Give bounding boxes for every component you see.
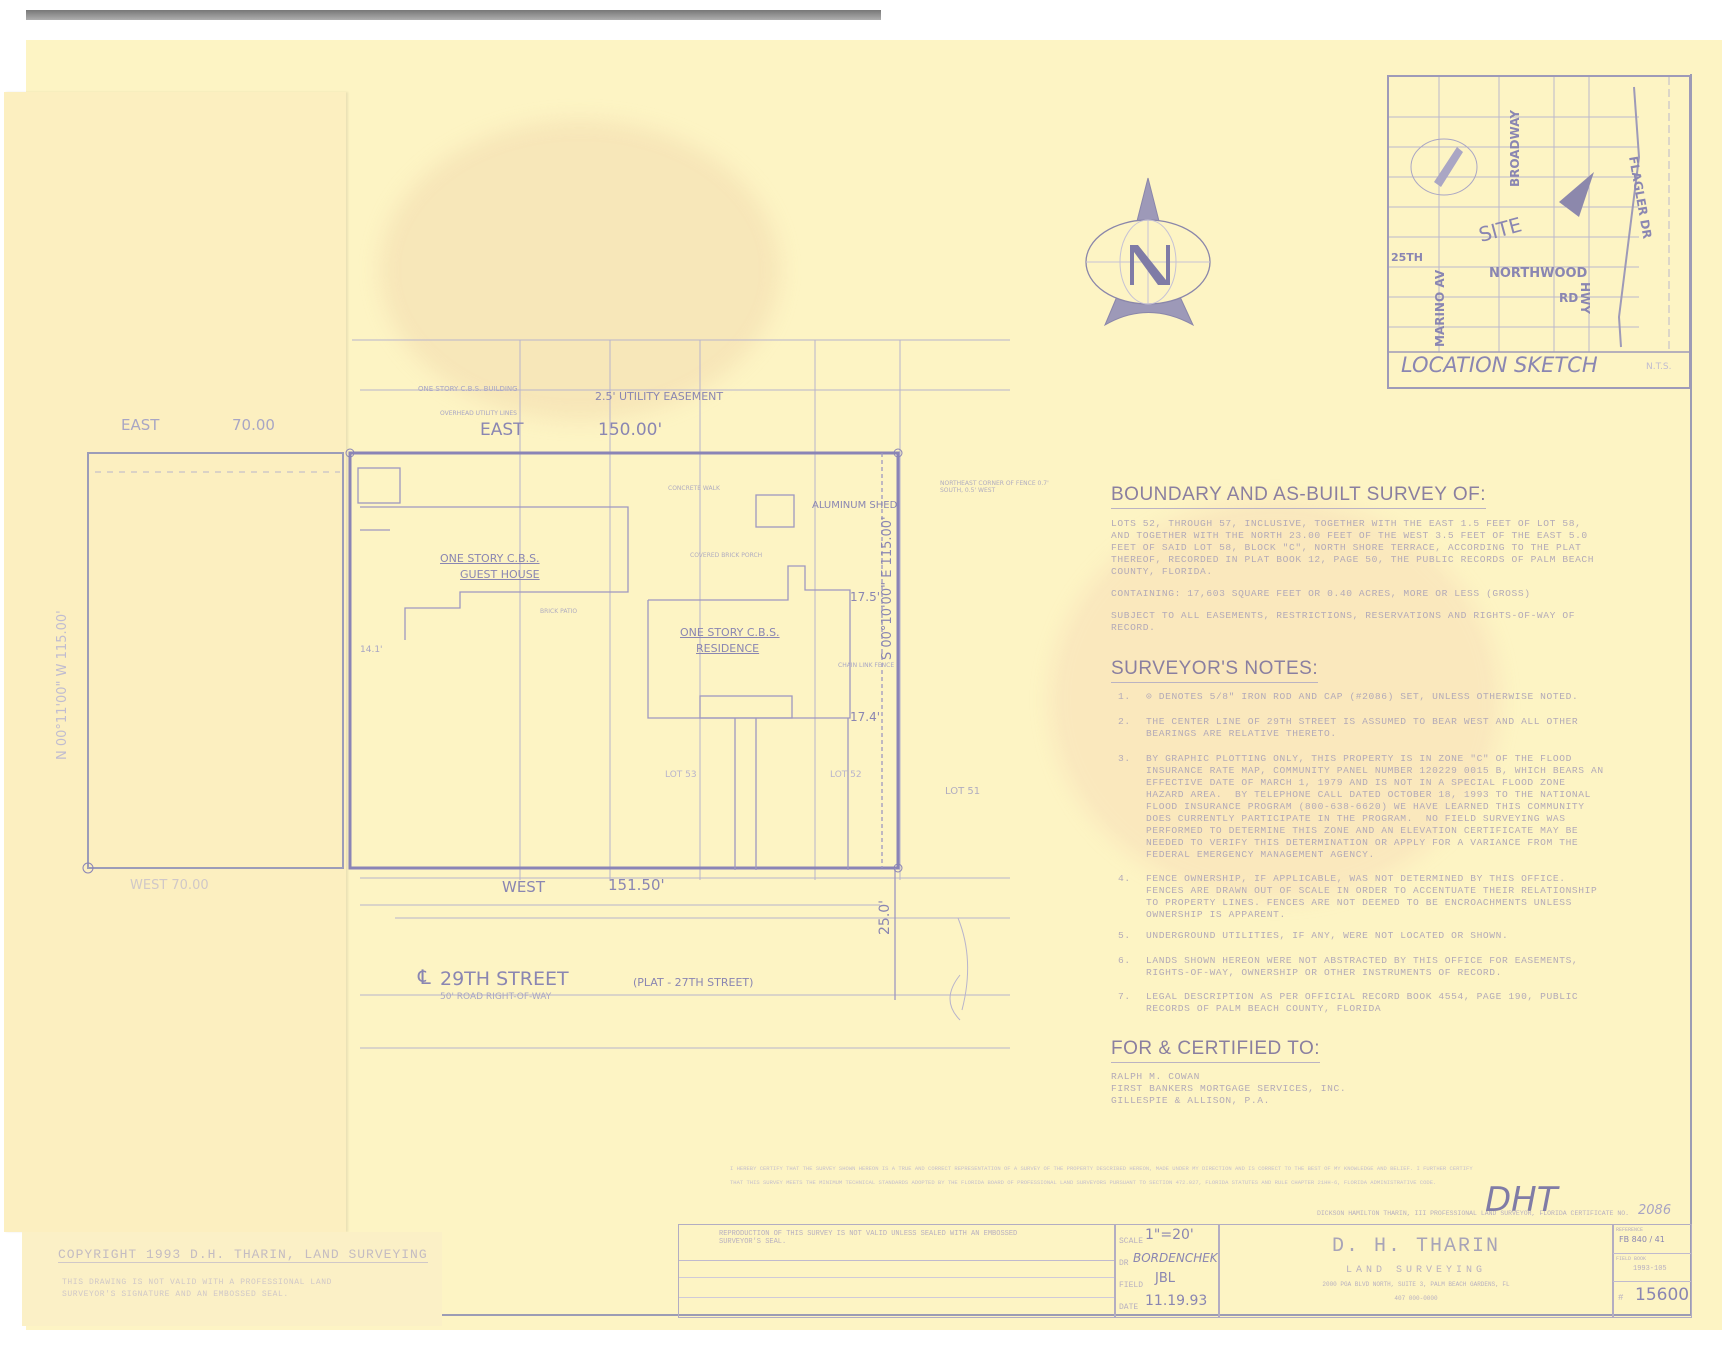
one-story-building-label: ONE STORY C.B.S. BUILDING xyxy=(418,385,518,393)
aluminum-shed-label: ALUMINUM SHED xyxy=(812,500,897,511)
dim-17-4: 17.4' xyxy=(850,710,880,724)
utility-easement-label: 2.5' UTILITY EASEMENT xyxy=(595,390,723,403)
lot-52-label: LOT 52 xyxy=(830,770,862,780)
drawn-by-value: BORDENCHEK xyxy=(1133,1251,1218,1265)
svg-text:HWY: HWY xyxy=(1578,282,1592,314)
concrete-walk-label: CONCRETE WALK xyxy=(668,485,720,492)
street-plat-label: (PLAT - 27TH STREET) xyxy=(633,976,753,989)
surveyor-signature: DHT xyxy=(1485,1180,1558,1220)
plan-adjacent-west: WEST 70.00 xyxy=(130,878,209,893)
guest-house-label-1: ONE STORY C.B.S. xyxy=(440,552,540,565)
note-7-text: LEGAL DESCRIPTION AS PER OFFICIAL RECORD… xyxy=(1146,991,1578,1015)
field-book-value: 1993-105 xyxy=(1633,1265,1667,1273)
svg-text:MARINO AV: MARINO AV xyxy=(1433,269,1447,347)
site-label: SITE xyxy=(1476,212,1524,246)
title-block-scale: SCALE 1"=20' DR BORDENCHEK FIELD JBL DAT… xyxy=(1114,1224,1220,1318)
boundary-survey-heading: BOUNDARY AND AS-BUILT SURVEY OF: xyxy=(1111,484,1486,509)
note-1-text: ⊙ DENOTES 5/8" IRON ROD AND CAP (#2086) … xyxy=(1146,691,1578,703)
lot-53-label: LOT 53 xyxy=(665,770,697,780)
note-3: 3. xyxy=(1118,753,1146,765)
certification-text-2: THAT THIS SURVEY MEETS THE MINIMUM TECHN… xyxy=(730,1179,1436,1186)
signature-line: DICKSON HAMILTON THARIN, III PROFESSIONA… xyxy=(1317,1210,1629,1217)
location-sketch-scale: N.T.S. xyxy=(1646,362,1671,372)
certified-party-3: GILLESPIE & ALLISON, P.A. xyxy=(1111,1095,1270,1107)
centerline-symbol: ℄ xyxy=(418,965,431,989)
title-block-notes: REPRODUCTION OF THIS SURVEY IS NOT VALID… xyxy=(678,1224,1116,1318)
plan-adjacent-east-distance: 70.00 xyxy=(232,416,275,434)
note-7: 7. xyxy=(1118,991,1146,1003)
lot-51-label: LOT 51 xyxy=(945,786,980,797)
brick-patio-label: BRICK PATIO xyxy=(540,608,577,615)
legal-description: LOTS 52, THROUGH 57, INCLUSIVE, TOGETHER… xyxy=(1111,518,1594,578)
firm-subtitle: LAND SURVEYING xyxy=(1219,1265,1613,1276)
row-width-label: 25.0' xyxy=(877,900,893,935)
note-4: 4. xyxy=(1118,873,1146,885)
plan-east-label: EAST xyxy=(480,420,524,440)
copyright-note: THIS DRAWING IS NOT VALID WITH A PROFESS… xyxy=(62,1277,332,1301)
surveyor-notes-heading: SURVEYOR'S NOTES: xyxy=(1111,658,1318,683)
note-6-text: LANDS SHOWN HEREON WERE NOT ABSTRACTED B… xyxy=(1146,955,1578,979)
note-2: 2. xyxy=(1118,716,1146,728)
west-bearing-label: N 00°11'00" W 115.00' xyxy=(55,610,70,760)
northeast-fence-note: NORTHEAST CORNER OF FENCE 0.7' SOUTH, 0.… xyxy=(940,480,1050,494)
svg-text:RD: RD xyxy=(1559,291,1578,305)
firm-name: D. H. THARIN xyxy=(1219,1235,1613,1258)
field-value: JBL xyxy=(1155,1271,1175,1286)
location-sketch: SITE NORTHWOOD 25TH RD BROADWAY FLAGLER … xyxy=(1387,75,1691,389)
overhead-lines-label: OVERHEAD UTILITY LINES xyxy=(440,410,517,417)
residence-label-2: RESIDENCE xyxy=(696,642,759,655)
certified-to-heading: FOR & CERTIFIED TO: xyxy=(1111,1038,1320,1063)
note-3-text: BY GRAPHIC PLOTTING ONLY, THIS PROPERTY … xyxy=(1146,753,1604,861)
note-2-text: THE CENTER LINE OF 29TH STREET IS ASSUME… xyxy=(1146,716,1578,740)
firm-address: 2000 PGA BLVD NORTH, SUITE 3, PALM BEACH… xyxy=(1219,1281,1613,1288)
chain-link-fence-label: CHAIN LINK FENCE xyxy=(838,662,894,669)
title-block-firm: D. H. THARIN LAND SURVEYING 2000 PGA BLV… xyxy=(1218,1224,1614,1318)
title-block-references: REFERENCE FB 840 / 41 FIELD BOOK 1993-10… xyxy=(1612,1224,1692,1318)
plan-east-distance: 150.00' xyxy=(598,420,662,440)
street-name-label: 29TH STREET xyxy=(440,968,569,990)
guest-house-label-2: GUEST HOUSE xyxy=(460,568,540,581)
certification-text-1: I HEREBY CERTIFY THAT THE SURVEY SHOWN H… xyxy=(730,1165,1473,1172)
note-6: 6. xyxy=(1118,955,1146,967)
svg-text:NORTHWOOD: NORTHWOOD xyxy=(1489,266,1588,281)
note-1: 1. xyxy=(1118,691,1146,703)
svg-text:BROADWAY: BROADWAY xyxy=(1508,110,1522,187)
plan-adjacent-east-label: EAST xyxy=(121,416,159,434)
certified-party-1: RALPH M. COWAN xyxy=(1111,1071,1200,1083)
residence-label-1: ONE STORY C.B.S. xyxy=(680,626,780,639)
location-sketch-title: LOCATION SKETCH xyxy=(1401,353,1598,377)
east-bearing-label: S 00°10'00" E 115.00' xyxy=(880,516,895,660)
subject-to-easements: SUBJECT TO ALL EASEMENTS, RESTRICTIONS, … xyxy=(1111,610,1575,634)
seal-note: REPRODUCTION OF THIS SURVEY IS NOT VALID… xyxy=(719,1230,1017,1246)
scale-value: 1"=20' xyxy=(1145,1227,1194,1243)
copyright-line: COPYRIGHT 1993 D.H. THARIN, LAND SURVEYI… xyxy=(58,1247,428,1263)
certificate-number: 2086 xyxy=(1638,1203,1671,1218)
street-row-label: 50' ROAD RIGHT-OF-WAY xyxy=(440,992,551,1002)
note-5-text: UNDERGROUND UTILITIES, IF ANY, WERE NOT … xyxy=(1146,930,1508,942)
job-number: 15600 xyxy=(1635,1285,1689,1305)
note-4-text: FENCE OWNERSHIP, IF APPLICABLE, WAS NOT … xyxy=(1146,873,1597,921)
firm-phone: 407 000-0000 xyxy=(1219,1295,1613,1302)
certified-party-2: FIRST BANKERS MORTGAGE SERVICES, INC. xyxy=(1111,1083,1346,1095)
plan-west-distance: 151.50' xyxy=(608,876,665,894)
note-5: 5. xyxy=(1118,930,1146,942)
containing-area: CONTAINING: 17,603 SQUARE FEET OR 0.40 A… xyxy=(1111,588,1531,600)
covered-porch-label: COVERED BRICK PORCH xyxy=(690,552,762,559)
location-map: SITE NORTHWOOD 25TH RD BROADWAY FLAGLER … xyxy=(1389,77,1689,387)
svg-text:25TH: 25TH xyxy=(1391,251,1423,264)
plan-west-label: WEST xyxy=(502,878,545,896)
date-value: 11.19.93 xyxy=(1145,1293,1207,1309)
dim-17-5: 17.5' xyxy=(850,590,880,604)
dim-14-1: 14.1' xyxy=(360,645,383,655)
reference-value: FB 840 / 41 xyxy=(1619,1235,1665,1244)
